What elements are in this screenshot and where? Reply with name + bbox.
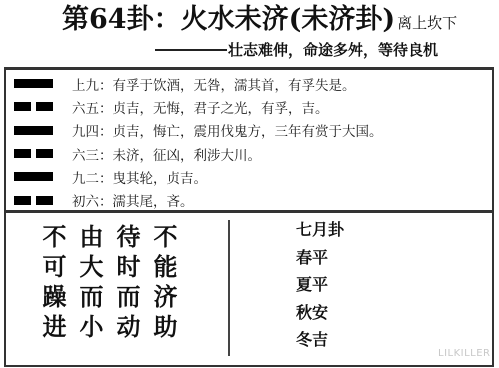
motto-text: 壮志难伸，命途多舛，等待良机 [228, 40, 438, 60]
season-spring: 春平 [296, 244, 344, 272]
fortune-list: 七月卦 春平 夏平 秋安 冬吉 [296, 216, 344, 354]
trigram-subtitle: 离上坎下 [397, 14, 457, 32]
poem-char: 待 [110, 222, 147, 252]
yang-line-icon [14, 172, 53, 181]
line-row-third: 六三：未济，征凶，利涉大川。 [14, 142, 484, 165]
poem-char: 不 [147, 222, 184, 252]
line-row-first: 初六：濡其尾，吝。 [14, 188, 484, 211]
poem-char: 助 [147, 312, 184, 342]
poem-char: 躁 [36, 282, 73, 312]
poem-char: 小 [73, 312, 110, 342]
em-dash-rule [155, 49, 227, 51]
month-label: 七月卦 [296, 216, 344, 244]
line-text: 九二：曳其轮，贞吉。 [72, 167, 207, 187]
poem-char: 进 [36, 312, 73, 342]
poem-char: 而 [73, 282, 110, 312]
poem-char: 不 [36, 222, 73, 252]
line-text: 六三：未济，征凶，利涉大川。 [72, 144, 261, 164]
poem-char: 能 [147, 252, 184, 282]
poem-char: 由 [73, 222, 110, 252]
line-text: 六五：贞吉，无悔，君子之光，有孚，吉。 [72, 97, 329, 117]
poem-char: 动 [110, 312, 147, 342]
yang-line-icon [14, 126, 53, 135]
yin-line-icon [14, 102, 53, 111]
season-summer: 夏平 [296, 271, 344, 299]
poem-grid: 不 由 待 不 可 大 时 能 躁 而 而 济 进 小 动 助 [36, 222, 184, 342]
poem-char: 时 [110, 252, 147, 282]
line-row-top: 上九：有孚于饮酒，无咎，濡其首，有孚失是。 [14, 72, 484, 95]
yang-line-icon [14, 79, 53, 88]
line-row-fourth: 九四：贞吉，悔亡，震用伐鬼方，三年有赏于大国。 [14, 119, 484, 142]
hexagram-lines: 上九：有孚于饮酒，无咎，濡其首，有孚失是。 六五：贞吉，无悔，君子之光，有孚，吉… [14, 72, 484, 212]
yin-line-icon [14, 149, 53, 158]
poem-char: 大 [73, 252, 110, 282]
poem-char: 可 [36, 252, 73, 282]
line-row-second: 九二：曳其轮，贞吉。 [14, 165, 484, 188]
season-winter: 冬吉 [296, 326, 344, 354]
vertical-divider [228, 220, 230, 356]
season-autumn: 秋安 [296, 299, 344, 327]
title-main: 第64卦：火水未济(未济卦) [62, 4, 395, 35]
motto-line: 壮志难伸，命途多舛，等待良机 [155, 40, 438, 60]
hexagram-title: 第64卦：火水未济(未济卦)离上坎下 [62, 4, 457, 39]
watermark: LILKILLER [438, 348, 491, 359]
poem-char: 济 [147, 282, 184, 312]
line-text: 上九：有孚于饮酒，无咎，濡其首，有孚失是。 [72, 74, 356, 94]
poem-char: 而 [110, 282, 147, 312]
yin-line-icon [14, 196, 53, 205]
line-text: 初六：濡其尾，吝。 [72, 190, 194, 210]
line-text: 九四：贞吉，悔亡，震用伐鬼方，三年有赏于大国。 [72, 120, 383, 140]
line-row-fifth: 六五：贞吉，无悔，君子之光，有孚，吉。 [14, 95, 484, 118]
